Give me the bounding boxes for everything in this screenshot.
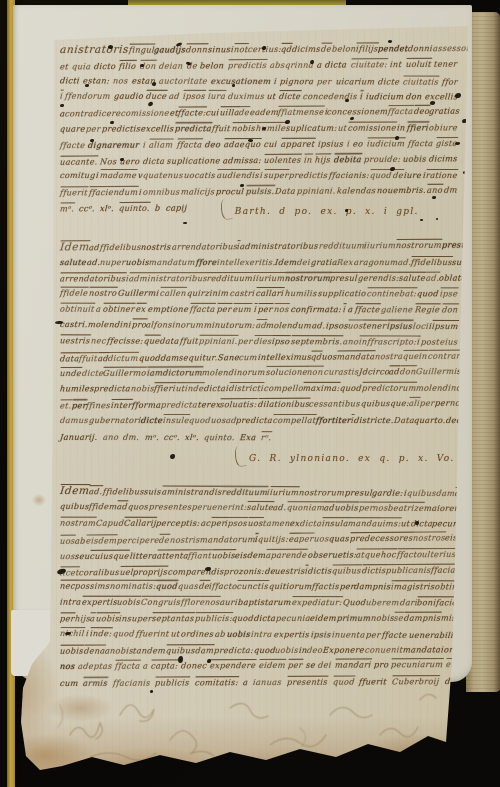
- ms-word: gubernatori: [88, 413, 142, 429]
- ms-word: belon: [200, 58, 226, 74]
- ms-word: cessantibus: [309, 396, 362, 412]
- ms-word: nobis: [370, 611, 395, 627]
- ms-word: dicto: [93, 59, 116, 75]
- ms-word: donec: [180, 659, 208, 675]
- ms-word: proprijs: [133, 564, 169, 580]
- ms-word: cui: [263, 137, 278, 153]
- ink-blot: [55, 321, 63, 324]
- ms-word: dicta: [142, 153, 165, 169]
- ms-word: cum: [59, 676, 79, 692]
- ms-word: quitiorum: [268, 579, 313, 595]
- ms-word: confirmata:: [290, 302, 342, 318]
- ms-word: uocatis: [184, 168, 217, 184]
- ms-word: nobis: [130, 381, 155, 397]
- ms-word: predictis: [227, 58, 267, 74]
- ms-word: ano: [102, 430, 120, 446]
- manuscript-line: cumarmisffacianispubliciscomitatis:aianu…: [60, 674, 462, 692]
- ms-word: gratias: [429, 104, 461, 120]
- ms-word: pulsis.: [245, 184, 275, 200]
- manuscript-line: dictiestan:nosestanauctoritateexcusation…: [60, 73, 458, 90]
- ms-word: excusationem: [210, 73, 272, 89]
- ms-word: quinto.: [119, 201, 151, 217]
- ink-blot: [110, 121, 114, 124]
- ms-word: septantas: [151, 611, 195, 627]
- ms-word: deo: [306, 642, 323, 658]
- ms-word: quod: [332, 675, 355, 691]
- ms-word: nouembris.: [376, 183, 427, 199]
- ms-word: in: [303, 152, 313, 168]
- ms-word: dicta: [325, 57, 348, 73]
- ms-word: Exponere: [322, 642, 365, 658]
- manuscript-line: mᵒ.ccᵒ.xlᵒ.quinto.bcapij: [60, 201, 187, 218]
- ms-word: supplicatio: [317, 286, 367, 302]
- ms-word: publicanis: [385, 562, 432, 578]
- ms-word: arrendatoribus: [59, 271, 127, 287]
- ms-word: aliam: [148, 137, 174, 153]
- ms-word: super: [263, 168, 289, 184]
- ms-word: concessionem: [327, 104, 390, 120]
- ink-blot: [90, 139, 94, 142]
- ms-word: comitug: [59, 168, 96, 184]
- ms-word: ipse: [439, 287, 459, 303]
- ms-word: callen: [159, 286, 187, 302]
- ms-word: percipere: [116, 533, 160, 549]
- ms-word: quibusdam: [165, 643, 215, 659]
- ms-word: uobis: [226, 627, 251, 643]
- closing-row: mᵒ.ccᵒ.xlᵒ.quinto.bcapijBarth. d po. ex.…: [60, 200, 458, 217]
- ms-word: ffuerit: [59, 185, 88, 201]
- ms-word: dictis: [361, 563, 387, 579]
- ms-word: omnibus: [142, 185, 181, 201]
- manuscript-line: humilespredictanobisffieriutindedictaidi…: [60, 381, 458, 397]
- ms-word: debita: [333, 152, 362, 168]
- ms-word: mᵒ.: [144, 430, 160, 446]
- ms-word: ipsius: [386, 319, 413, 335]
- ms-word: donn: [185, 42, 208, 58]
- manuscript-line: obtinuitaobtinerexemptioneffactapereumip…: [60, 302, 458, 318]
- ms-word: castri.: [59, 317, 89, 333]
- ms-word: Congruis: [140, 595, 181, 611]
- ms-word: mandata: [402, 642, 442, 658]
- ink-blot: [65, 632, 71, 635]
- ms-word: emptione: [147, 302, 189, 318]
- ms-word: quatenus: [142, 168, 184, 184]
- ms-word: aparende: [266, 547, 309, 563]
- ms-word: gerendis:: [357, 270, 400, 286]
- ms-word: mandatorum: [199, 532, 256, 548]
- closing-row: cumarmisffacianispubliciscomitatis:aianu…: [60, 674, 458, 691]
- ms-word: mandatum: [149, 255, 197, 271]
- ink-blot: [120, 158, 124, 161]
- ms-word: baptistarum: [238, 595, 293, 611]
- ms-word: nostros: [412, 530, 446, 546]
- ink-blot: [85, 84, 89, 87]
- ms-word: Callarij: [123, 516, 157, 532]
- ms-word: Rex: [336, 255, 354, 271]
- ms-word: fflorenos: [180, 595, 221, 611]
- ms-word: quinto.: [203, 430, 236, 446]
- ms-word: data: [59, 351, 80, 367]
- ms-word: gardie:: [372, 485, 405, 501]
- ink-blot: [345, 209, 348, 212]
- ms-word: dicta: [203, 381, 227, 397]
- ms-word: excellis: [140, 121, 175, 137]
- ms-word: uolentes: [264, 152, 303, 168]
- ms-word: molendum: [265, 318, 312, 334]
- ms-word: quirzinim: [186, 286, 230, 302]
- ms-word: Data: [275, 184, 297, 200]
- ms-word: ffacto: [396, 547, 423, 563]
- ms-word: kalendas: [336, 183, 376, 199]
- ms-word: Guillermo: [103, 366, 148, 382]
- ms-word: uobis: [117, 595, 142, 611]
- ms-word: dei: [317, 658, 332, 674]
- ms-word: ano: [342, 334, 360, 350]
- ms-word: ffidem: [88, 499, 118, 515]
- ms-word: not: [233, 42, 249, 58]
- ms-word: districti: [228, 381, 264, 397]
- ms-word: eo: [352, 136, 364, 152]
- ms-word: quod: [112, 626, 135, 642]
- ms-word: nobis: [109, 643, 134, 659]
- ms-word: ffacta: [388, 104, 415, 120]
- ms-word: ut: [170, 626, 181, 642]
- ink-blot: [432, 196, 436, 199]
- ms-word: uos: [210, 413, 227, 429]
- ms-word: predicta: [174, 121, 212, 137]
- ms-word: nostris: [141, 240, 173, 256]
- ms-word: i: [359, 90, 364, 106]
- manuscript-line: ffueritffaciendumiomnibusmalicijsproculp…: [60, 183, 458, 202]
- ms-word: nostro: [88, 286, 118, 302]
- ms-word: ccᵒ.: [79, 201, 97, 217]
- ms-word: aragonum: [353, 255, 399, 271]
- ms-word: de: [392, 168, 404, 184]
- ms-word: inde: [184, 381, 205, 397]
- ms-word: data: [159, 333, 180, 349]
- ms-word: ffor: [441, 74, 459, 90]
- ms-word: salute: [398, 270, 426, 286]
- ms-word: ipso: [271, 334, 291, 350]
- ms-word: fforma: [131, 398, 162, 414]
- ms-word: solucione: [265, 365, 308, 381]
- ms-word: ffiat: [278, 105, 298, 121]
- ms-word: rᵒ.: [260, 430, 272, 446]
- ms-word: Januarij.: [59, 430, 98, 446]
- ms-word: a: [242, 675, 249, 691]
- ms-word: ffidelibus: [410, 255, 453, 271]
- ms-word: iurium: [367, 238, 398, 254]
- ms-word: uos: [247, 516, 264, 532]
- ms-word: donni: [407, 41, 433, 57]
- manuscript-line: quareperpredictisexcellispredictaffuitno…: [60, 120, 458, 137]
- ms-word: ianuas: [253, 675, 283, 691]
- ms-word: ffacta: [176, 137, 203, 153]
- ms-word: per: [419, 396, 435, 412]
- ms-word: cui: [206, 105, 221, 121]
- ms-word: Idem: [275, 255, 299, 271]
- ms-word: quod: [417, 287, 440, 303]
- ms-word: molendini: [87, 317, 132, 333]
- ms-word: suplicatione: [166, 153, 221, 169]
- ms-word: quibus: [331, 563, 362, 579]
- ms-word: uobis: [125, 255, 150, 271]
- ms-word: quod: [156, 579, 179, 595]
- ms-word: per: [317, 74, 333, 90]
- ms-word: non: [307, 365, 325, 381]
- ms-word: uobis: [275, 642, 300, 658]
- ms-word: comissione: [120, 106, 170, 122]
- ms-word: humile: [255, 121, 286, 137]
- ms-word: ipsius: [317, 136, 344, 152]
- ms-word: nominatis:: [109, 579, 157, 595]
- ms-word: pro: [223, 564, 239, 580]
- ms-word: intelleximus: [257, 349, 312, 365]
- ms-word: expertis: [81, 595, 118, 611]
- manuscript-line: Januarij.anodm.mᵒ.ccᵒ.xlᵒ.quinto.Exarᵒ.: [60, 430, 272, 446]
- ms-word: eisdem: [235, 548, 268, 564]
- ink-blot: [345, 99, 349, 102]
- manuscript-line: salutead.nuperuobismandatumfforeintellex…: [60, 255, 458, 271]
- ms-word: eum: [233, 302, 253, 318]
- ms-word: insula: [321, 516, 349, 532]
- ms-word: i: [142, 137, 146, 153]
- ms-word: publicis: [155, 676, 191, 692]
- ink-blot: [207, 659, 211, 663]
- ms-word: duximus: [227, 89, 265, 105]
- ms-word: dicte: [377, 74, 401, 90]
- ms-word: ffortiter: [315, 413, 352, 429]
- ms-word: tamen: [262, 516, 291, 532]
- ms-word: per: [287, 658, 303, 674]
- ms-word: suplicatum:: [286, 121, 339, 137]
- ms-word: quarto.: [414, 413, 447, 429]
- ms-word: xlᵒ.: [99, 201, 115, 217]
- ms-word: castri: [229, 286, 256, 302]
- ms-word: Regie: [414, 302, 441, 318]
- ink-blot: [248, 139, 253, 143]
- ms-word: ffacianis:: [328, 168, 370, 184]
- ms-word: ad: [168, 89, 180, 105]
- ms-word: perceptis:: [156, 516, 202, 532]
- ms-word: quare: [59, 122, 86, 138]
- ms-word: curastis: [323, 365, 360, 381]
- ms-word: primum: [336, 611, 372, 627]
- ms-word: quas: [177, 579, 199, 595]
- ms-word: a: [95, 302, 102, 318]
- ink-blot: [390, 167, 395, 171]
- ink-blot: [285, 120, 290, 124]
- ms-word: xlᵒ.: [184, 430, 200, 446]
- ms-word: a: [142, 659, 149, 675]
- ms-word: comitatis:: [194, 675, 239, 691]
- ms-word: possims: [75, 579, 112, 595]
- ms-word: presul: [344, 485, 373, 501]
- ms-word: ffuit: [179, 333, 199, 349]
- ms-word: ppiniani.: [198, 334, 238, 350]
- ms-word: uobis: [95, 611, 120, 627]
- ms-word: nobis: [231, 121, 256, 137]
- ms-word: eidem: [309, 611, 337, 627]
- ms-word: uenerabilis: [408, 627, 459, 643]
- ms-word: ciuitate:: [350, 57, 388, 73]
- ms-word: a: [347, 302, 354, 318]
- ms-word: sequitur.: [178, 350, 218, 366]
- ms-word: iurium: [269, 485, 300, 501]
- ms-word: contradicere: [64, 106, 121, 122]
- ms-word: reddituum: [318, 238, 365, 254]
- manuscript-line: quibusffidemadquospresentesperuenerint:s…: [60, 499, 458, 517]
- ink-blot: [262, 46, 266, 50]
- ms-word: ciuitatis: [402, 74, 439, 90]
- ms-word: inffrascripto:: [358, 334, 418, 350]
- ms-word: dicti: [59, 73, 80, 89]
- ms-word: uobis: [211, 548, 236, 564]
- ms-word: Capud: [95, 516, 125, 532]
- ms-word: eisdem: [85, 533, 118, 549]
- ms-word: dari: [399, 595, 418, 611]
- ms-word: Guillermi: [415, 364, 458, 380]
- ms-word: quibusdam: [406, 485, 456, 501]
- ms-word: dictis: [307, 563, 333, 579]
- ms-word: insuper: [118, 611, 153, 627]
- ms-word: eidem: [258, 658, 286, 674]
- ms-word: Idem: [59, 240, 90, 256]
- ms-word: quos: [127, 500, 149, 516]
- ms-word: maxima:: [302, 381, 341, 397]
- ink-blot: [183, 222, 187, 224]
- ms-word: dicte: [278, 89, 302, 105]
- ms-word: expediatur:: [291, 595, 343, 611]
- ink-blot: [60, 104, 64, 107]
- ms-word: Cuberbroij: [391, 674, 440, 690]
- ms-word: i: [346, 136, 350, 152]
- ms-word: presentes: [148, 500, 193, 516]
- ms-word: uicarium: [335, 74, 376, 90]
- ms-word: pendet: [377, 41, 409, 57]
- ms-word: ipsum: [431, 319, 459, 335]
- ms-word: inuenta: [331, 627, 366, 643]
- ink-blot: [232, 84, 235, 87]
- paraph-flourish-icon: [233, 445, 246, 467]
- ms-word: per: [237, 334, 253, 350]
- ms-word: ffacte:: [177, 106, 207, 122]
- ms-word: ffidelibus: [99, 240, 142, 256]
- ms-word: Sane: [217, 350, 240, 366]
- ms-word: mᵒ.: [59, 202, 75, 218]
- ms-word: reddituum: [206, 271, 253, 287]
- ms-word: dicte: [140, 413, 164, 429]
- ink-blot: [240, 184, 244, 187]
- ms-word: ter: [197, 397, 211, 413]
- ms-word: ffines: [85, 398, 111, 414]
- ms-word: quas: [328, 531, 350, 547]
- ms-word: ipsis: [310, 627, 332, 643]
- ms-word: predicta: [94, 381, 132, 397]
- ms-word: obseruetis:: [307, 547, 357, 563]
- ms-word: ulterius: [421, 547, 457, 563]
- ms-word: ffactis: [311, 579, 340, 595]
- manuscript-line: ffidelenostroGuillermicallenquirzinimcas…: [60, 286, 458, 302]
- register-entry: anistratorisfingulgaudijsdonnsinusinotce…: [60, 42, 458, 217]
- ms-word: dilationibus: [257, 397, 310, 413]
- ms-word: ffecisse:: [106, 333, 144, 349]
- ms-word: ffuit: [79, 351, 99, 367]
- ms-word: don: [441, 302, 459, 318]
- ms-word: callari: [255, 286, 285, 302]
- ms-word: unde: [59, 366, 82, 382]
- ms-word: absqrinna: [269, 57, 314, 73]
- ms-word: uobis: [59, 643, 84, 659]
- manuscript-line: intraexpertisuobisCongruisfflorenosaurib…: [60, 595, 458, 611]
- ms-word: auctoritate: [158, 73, 208, 89]
- ink-blot: [262, 127, 266, 130]
- ms-word: ab: [214, 626, 226, 642]
- ms-word: humilis: [284, 286, 318, 302]
- manuscript-line: perhijsauobisinsuperseptantaspublicis:qu…: [60, 611, 458, 627]
- ms-word: iure: [403, 168, 422, 184]
- ms-word: hoc: [380, 547, 397, 563]
- ms-word: mandari: [334, 658, 372, 674]
- ms-word: nos: [112, 73, 129, 89]
- ms-word: predictorum: [361, 381, 417, 397]
- manuscript-line: nosadeptasffactaacapta:donecexpendereeid…: [60, 657, 458, 675]
- ms-word: cuiusque: [89, 548, 130, 564]
- ms-word: apparet: [280, 136, 316, 152]
- ms-word: arrendatoribus: [171, 239, 238, 255]
- ms-word: intellexeritis.: [216, 255, 276, 271]
- ms-word: inter: [110, 398, 133, 414]
- ms-word: mandauims:: [348, 516, 403, 532]
- ms-word: et.: [59, 398, 72, 414]
- ms-word: iurium: [255, 271, 286, 287]
- ms-word: ffacte: [354, 302, 381, 318]
- ms-word: capta:: [150, 659, 179, 675]
- ink-blot: [436, 218, 438, 220]
- ms-word: pecunia: [275, 611, 311, 627]
- ms-word: continebat:: [366, 287, 417, 303]
- ms-word: dm: [444, 183, 459, 199]
- ms-word: dies: [253, 334, 273, 350]
- ms-word: anistratoris: [59, 43, 129, 59]
- ms-word: uestris: [274, 563, 306, 579]
- ms-word: ffieri: [406, 120, 429, 136]
- ms-word: gaudijs: [154, 42, 187, 58]
- ms-word: iura: [207, 89, 226, 105]
- ms-word: bonifacio: [417, 595, 459, 611]
- ms-word: deian: [158, 58, 184, 74]
- ms-word: ffuerit: [359, 675, 388, 691]
- ms-word: ffacto: [211, 579, 238, 595]
- ms-word: alfonsinorum: [146, 317, 205, 333]
- ms-word: audiendis: [216, 168, 260, 184]
- ms-word: predicta: [160, 397, 198, 413]
- ms-word: comissione: [347, 121, 397, 137]
- ms-word: deo: [204, 137, 221, 153]
- ms-word: nostris: [169, 532, 201, 548]
- manuscript-line: damusgubernatoridicteinsulequoduosadpred…: [60, 413, 458, 429]
- ms-word: in: [397, 120, 407, 136]
- ms-word: Data: [393, 413, 415, 429]
- ms-word: quoddam: [138, 350, 180, 366]
- ms-word: expertis: [273, 627, 310, 643]
- ink-blot: [205, 567, 211, 571]
- ms-word: dampnis: [403, 611, 442, 627]
- ms-word: nos: [59, 659, 76, 675]
- ms-word: salute: [59, 255, 87, 271]
- ms-word: septembris.: [290, 334, 343, 350]
- ms-word: gratia: [310, 255, 338, 271]
